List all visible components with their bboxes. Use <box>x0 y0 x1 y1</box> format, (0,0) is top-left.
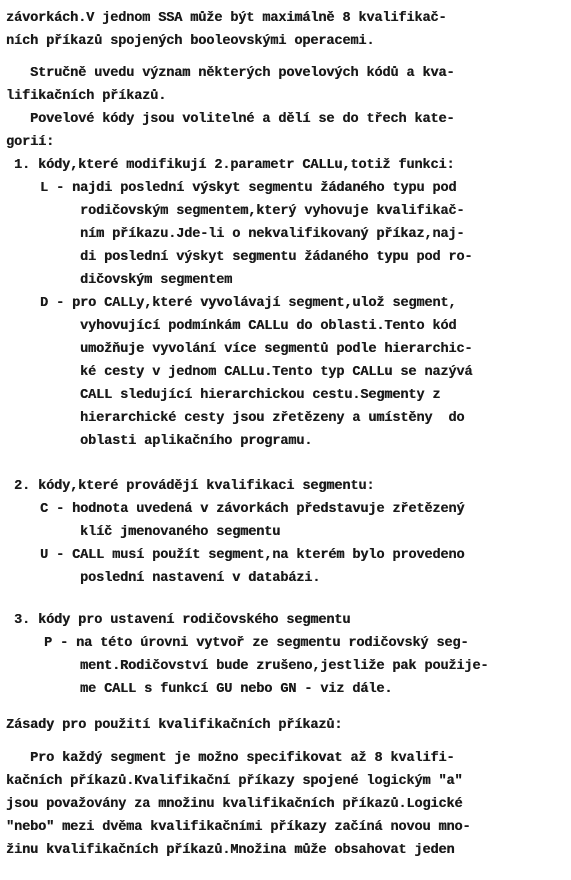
text-line: ním příkazu.Jde-li o nekvalifikovaný pří… <box>80 226 464 244</box>
code-item-C: C - hodnota uvedená v závorkách představ… <box>40 501 464 519</box>
text-line: hierarchické cesty jsou zřetězeny a umís… <box>80 410 464 428</box>
text-line: žinu kvalifikačních příkazů.Množina může… <box>6 842 454 860</box>
text-line: Pro každý segment je možno specifikovat … <box>6 750 454 768</box>
code-item-P: P - na této úrovni vytvoř ze segmentu ro… <box>44 635 468 653</box>
text-line: gorií: <box>6 134 54 152</box>
text-line: CALL sledující hierarchickou cestu.Segme… <box>80 387 440 405</box>
text-line: vyhovující podmínkám CALLu do oblasti.Te… <box>80 318 456 336</box>
text-line: dičovským segmentem <box>80 272 232 290</box>
text-line: ních příkazů spojených booleovskými oper… <box>6 33 374 51</box>
text-line: di poslední výskyt segmentu žádaného typ… <box>80 249 472 267</box>
text-line: kačních příkazů.Kvalifikační příkazy spo… <box>6 773 462 791</box>
text-line: ké cesty v jednom CALLu.Tento typ CALLu … <box>80 364 472 382</box>
text-line: jsou považovány za množinu kvalifikačníc… <box>6 796 462 814</box>
code-item-L: L - najdi poslední výskyt segmentu žádan… <box>40 180 456 198</box>
text-line: lifikačních příkazů. <box>6 88 166 106</box>
code-item-U: U - CALL musí použít segment,na kterém b… <box>40 547 464 565</box>
code-item-D: D - pro CALLy,které vyvolávají segment,u… <box>40 295 456 313</box>
text-line: "nebo" mezi dvěma kvalifikačními příkazy… <box>6 819 470 837</box>
section-heading: Zásady pro použití kvalifikačních příkaz… <box>6 717 342 735</box>
list-heading-3: 3. kódy pro ustavení rodičovského segmen… <box>14 612 350 630</box>
text-line: Povelové kódy jsou volitelné a dělí se d… <box>6 111 454 129</box>
text-line: me CALL s funkcí GU nebo GN - viz dále. <box>80 681 392 699</box>
text-line: závorkách.V jednom SSA může být maximáln… <box>6 10 446 28</box>
text-line: umožňuje vyvolání více segmentů podle hi… <box>80 341 472 359</box>
text-line: rodičovským segmentem,který vyhovuje kva… <box>80 203 464 221</box>
list-heading-1: 1. kódy,které modifikují 2.parametr CALL… <box>14 157 454 175</box>
text-line: poslední nastavení v databázi. <box>80 570 320 588</box>
list-heading-2: 2. kódy,které provádějí kvalifikaci segm… <box>14 478 374 496</box>
text-line: oblasti aplikačního programu. <box>80 433 312 451</box>
text-line: klíč jmenovaného segmentu <box>80 524 280 542</box>
text-line: ment.Rodičovství bude zrušeno,jestliže p… <box>80 658 488 676</box>
text-line: Stručně uvedu význam některých povelovýc… <box>6 65 454 83</box>
